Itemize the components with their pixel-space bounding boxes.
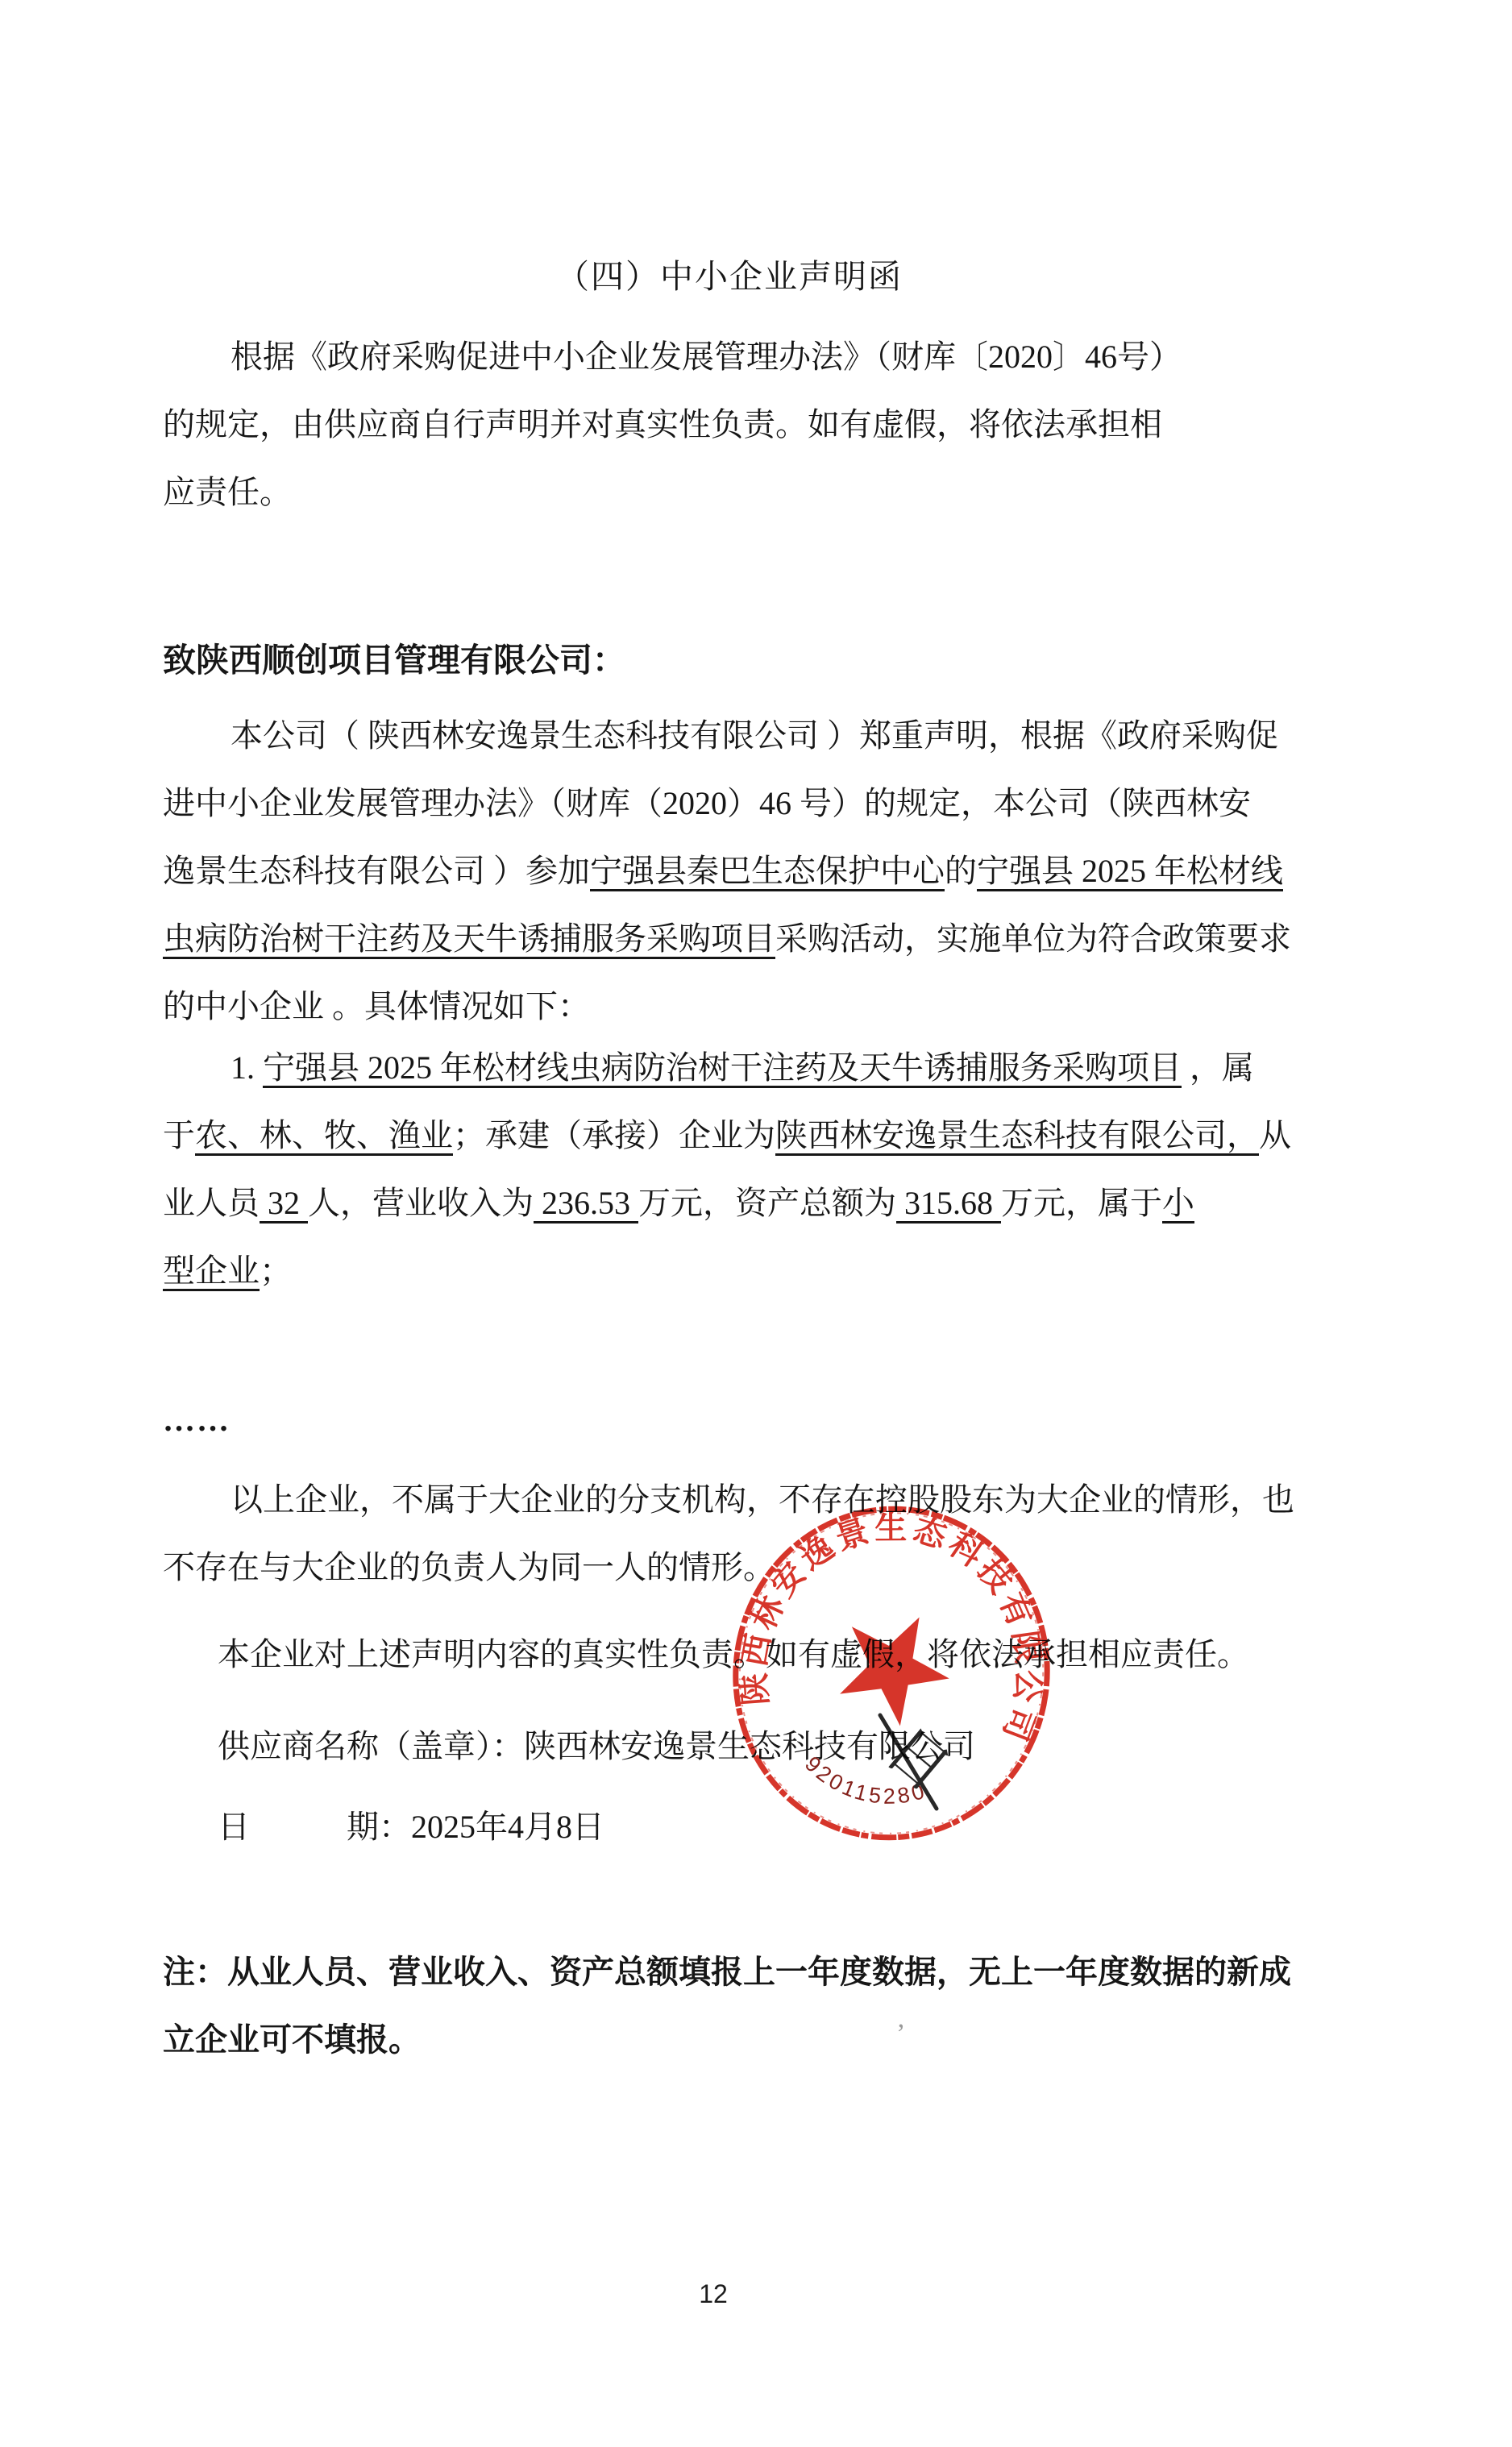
declaration-paragraph: 本公司（ 陕西林安逸景生态科技有限公司 ）郑重声明，根据《政府采购促进中小企业发… [163, 716, 1372, 1054]
text-line: 业人员 32 人，营业收入为 236.53 万元，资产总额为 315.68 万元… [163, 1183, 1372, 1251]
text-line: 进中小企业发展管理办法》（财库（2020）46 号）的规定，本公司（陕西林安 [163, 783, 1372, 851]
text-line: 型企业； [163, 1251, 1372, 1319]
note-paragraph: 注：从业人员、营业收入、资产总额填报上一年度数据，无上一年度数据的新成立企业可不… [163, 1952, 1372, 2088]
scan-artifact-mark: ʼ [896, 2019, 905, 2050]
company-seal: 陕西林安逸景生态科技有限公司 920115280 日 [724, 1491, 1059, 1862]
text-line: 逸景生态科技有限公司 ）参加宁强县秦巴生态保护中心的宁强县 2025 年松材线 [163, 851, 1372, 919]
text-line: 于农、林、牧、渔业；承建（承接）企业为陕西林安逸景生态科技有限公司，从 [163, 1115, 1372, 1183]
intro-paragraph: 根据《政府采购促进中小企业发展管理办法》（财库〔2020〕46号）的规定，由供应… [163, 337, 1372, 540]
text-line: 注：从业人员、营业收入、资产总额填报上一年度数据，无上一年度数据的新成 [163, 1952, 1372, 2020]
salutation: 致陕西顺创项目管理有限公司： [163, 634, 1372, 681]
text-line: 本公司（ 陕西林安逸景生态科技有限公司 ）郑重声明，根据《政府采购促 [163, 716, 1372, 783]
item-1-paragraph: 1. 宁强县 2025 年松材线虫病防治树干注药及天牛诱捕服务采购项目 ，属于农… [163, 1048, 1372, 1319]
text-line: 立企业可不填报。 [163, 2020, 1372, 2088]
text-line: 的规定，由供应商自行声明并对真实性负责。如有虚假，将依法承担相 [163, 405, 1372, 472]
document-title: （四）中小企业声明函 [163, 250, 1296, 297]
ellipsis-line: …… [163, 1401, 485, 1439]
page-number: 12 [677, 2279, 750, 2309]
seal-star-icon [837, 1608, 957, 1732]
text-line: 的中小企业 。具体情况如下： [163, 987, 1372, 1054]
text-line: 根据《政府采购促进中小企业发展管理办法》（财库〔2020〕46号） [163, 337, 1372, 405]
text-line: 虫病防治树干注药及天牛诱捕服务采购项目采购活动，实施单位为符合政策要求 [163, 919, 1372, 987]
text-line: 1. 宁强县 2025 年松材线虫病防治树干注药及天牛诱捕服务采购项目 ，属 [163, 1048, 1372, 1115]
text-line: 应责任。 [163, 472, 1372, 540]
seal-rotated-group: 陕西林安逸景生态科技有限公司 920115280 [724, 1491, 1059, 1858]
document-page: （四）中小企业声明函 根据《政府采购促进中小企业发展管理办法》（财库〔2020〕… [0, 0, 1512, 2447]
